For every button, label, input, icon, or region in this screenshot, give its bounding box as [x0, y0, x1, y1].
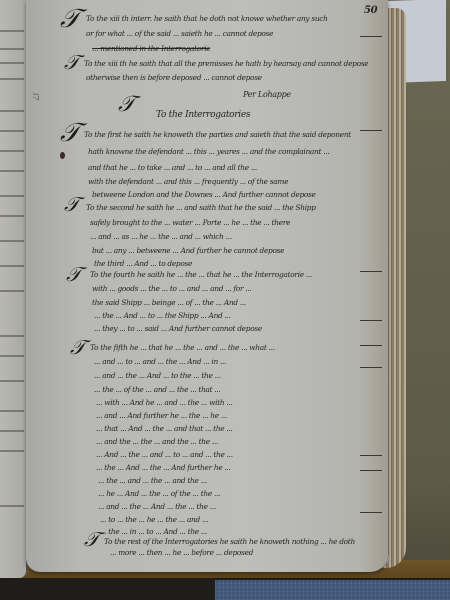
text-fragment — [0, 355, 24, 357]
text-line: and that he ... to take ... and ... to .… — [88, 163, 257, 172]
text-line: ... the ... and ... the ... and the ... — [98, 476, 207, 485]
text-line: ... the ... of the ... and ... the ... t… — [94, 385, 221, 394]
margin-note: i7 — [31, 93, 40, 100]
page-number: 50 — [364, 5, 377, 16]
text-line: ... he ... And ... the ... of the ... th… — [98, 489, 220, 498]
text-line: ... and ... to ... and ... the ... And .… — [94, 357, 226, 366]
text-fragment — [0, 290, 24, 292]
text-line: To the first he saith he knoweth the par… — [84, 130, 351, 139]
section-heading: To the Interrogatories — [156, 110, 250, 120]
text-line: with ... goods ... the ... to ... and ..… — [92, 284, 251, 293]
text-line: ... and ... the ... And ... the ... the … — [98, 502, 216, 511]
text-line: ... they ... to ... said ... And further… — [94, 324, 262, 333]
text-fragment — [0, 450, 24, 452]
text-line: To the second he saith he ... and saith … — [86, 203, 316, 212]
decorative-initial-t: 𝒯 — [64, 192, 79, 216]
text-fragment — [0, 170, 24, 172]
decorative-initial-t: 𝒯 — [60, 118, 80, 149]
text-fragment — [0, 505, 24, 507]
text-fragment — [0, 48, 24, 50]
decorative-initial-t: 𝒯 — [60, 4, 80, 35]
text-fragment — [0, 380, 24, 382]
text-line: ... And ... the ... and ... to ... and .… — [96, 450, 233, 459]
text-fragment — [0, 335, 24, 337]
text-line: To the rest of the Interrogatories he sa… — [104, 537, 355, 546]
signature: Per Lohappe — [243, 90, 291, 99]
text-fragment — [0, 195, 24, 197]
decorative-initial-t: 𝒯 — [66, 262, 81, 286]
decorative-initial-t: 𝒯 — [64, 50, 79, 74]
text-line: the third ... And ... to depose — [94, 259, 192, 268]
line-filler-mark — [360, 271, 382, 272]
text-fragment — [0, 78, 24, 80]
line-filler-mark — [360, 470, 382, 471]
text-line: ... to ... the ... he ... the ... and ..… — [100, 515, 208, 524]
text-line: safely brought to the ... water ... Port… — [90, 218, 290, 227]
text-line: otherwise then is before deposed ... can… — [86, 73, 262, 82]
line-filler-mark — [360, 345, 382, 346]
text-line: with the defendant ... and this ... freq… — [88, 177, 288, 186]
text-line: ... and ... the ... And ... to the ... t… — [94, 371, 221, 380]
blue-cloth — [215, 580, 450, 600]
text-fragment — [0, 150, 24, 152]
line-filler-mark — [360, 320, 382, 321]
text-line: ... and the ... the ... and the ... the … — [96, 437, 218, 446]
decorative-initial-t: 𝒯 — [84, 527, 99, 551]
text-line: the said Shipp ... beinge ... of ... the… — [92, 298, 246, 307]
ink-blot — [60, 152, 65, 159]
text-fragment — [0, 62, 24, 64]
text-fragment — [0, 265, 24, 267]
text-line: To the xiii th interr. he saith that he … — [86, 14, 328, 23]
text-line: To the xiii th he saith that all the pre… — [84, 59, 368, 68]
text-line: ... and ... And further he ... the ... h… — [96, 411, 227, 420]
text-line: ... mentioned in the Interrogatorie — [92, 44, 210, 53]
line-filler-mark — [360, 367, 382, 368]
line-filler-mark — [360, 455, 382, 456]
text-fragment — [0, 130, 24, 132]
text-line: To the fifth he ... that he ... the ... … — [90, 343, 275, 352]
text-line: ... the ... And ... the ... And further … — [96, 463, 231, 472]
text-line: betweene London and the Downes ... And f… — [92, 190, 316, 199]
text-line: ... and ... as ... he ... the ... and ..… — [90, 232, 232, 241]
text-fragment — [0, 110, 24, 112]
text-fragment — [0, 30, 24, 32]
text-line: ... that ... And ... the ... and that ..… — [96, 424, 233, 433]
text-fragment — [0, 410, 24, 412]
text-line: hath knowne the defendant ... this ... y… — [88, 147, 329, 156]
text-line: ... with ... And he ... and ... the ... … — [96, 398, 233, 407]
text-fragment — [0, 240, 24, 242]
text-line: or for what ... of the said ... saieth h… — [86, 29, 273, 38]
text-line: ... more ... then ... he ... before ... … — [110, 548, 253, 557]
line-filler-mark — [360, 130, 382, 131]
text-line: but ... any ... betweene ... And further… — [92, 246, 284, 255]
decorative-initial-t: 𝒯 — [118, 92, 135, 117]
text-line: ... the ... And ... to ... the Shipp ...… — [94, 311, 231, 320]
line-filler-mark — [360, 512, 382, 513]
decorative-initial-t: 𝒯 — [70, 335, 85, 359]
left-facing-page — [0, 0, 28, 578]
text-fragment — [0, 215, 24, 217]
text-line: To the fourth he saith he ... the ... th… — [90, 270, 312, 279]
text-fragment — [0, 430, 24, 432]
text-line: ... the ... in ... to ... And ... the ..… — [100, 527, 207, 536]
line-filler-mark — [360, 36, 382, 37]
